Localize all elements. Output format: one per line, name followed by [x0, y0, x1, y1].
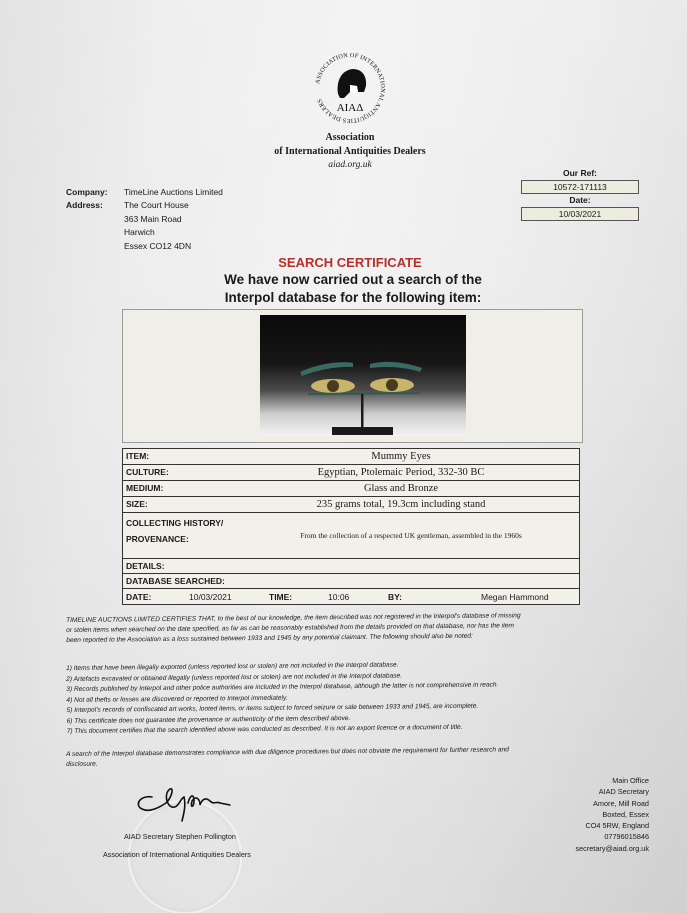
- company-value: TimeLine Auctions Limited: [124, 187, 223, 197]
- our-ref-value: 10572-171113: [521, 180, 639, 194]
- search-date-label: DATE:: [126, 592, 151, 602]
- our-ref-label: Our Ref:: [521, 168, 639, 178]
- signer-organisation: Association of International Antiquities…: [103, 850, 251, 859]
- signer-name: AIAD Secretary Stephen Pollington: [124, 832, 236, 841]
- org-name-line2: of International Antiquities Dealers: [0, 146, 687, 157]
- size-value: 235 grams total, 19.3cm including stand: [223, 499, 579, 510]
- company-label: Company:: [66, 187, 108, 197]
- database-searched-label: DATABASE SEARCHED:: [126, 576, 225, 586]
- table-row: DATE: 10/03/2021 TIME: 10:06 BY: Megan H…: [123, 589, 579, 604]
- aiad-logo-icon: ASSOCIATION OF INTERNATIONAL ANTIQUITIES…: [310, 48, 390, 128]
- certification-statement: TIMELINE AUCTIONS LIMITED CERTIFIES THAT…: [66, 610, 646, 646]
- address-line: Essex CO12 4DN: [124, 241, 191, 251]
- address-line: The Court House: [124, 200, 189, 210]
- notes-list: 1) Items that have been illegally export…: [66, 658, 647, 738]
- item-details-table: ITEM: Mummy Eyes CULTURE: Egyptian, Ptol…: [122, 448, 580, 605]
- item-value: Mummy Eyes: [223, 451, 579, 462]
- searched-by-label: BY:: [388, 592, 402, 602]
- size-label: SIZE:: [126, 499, 148, 509]
- search-time-value: 10:06: [328, 592, 349, 602]
- certificate-title: SEARCH CERTIFICATE: [0, 255, 687, 270]
- culture-value: Egyptian, Ptolemaic Period, 332-30 BC: [223, 467, 579, 478]
- medium-value: Glass and Bronze: [223, 483, 579, 494]
- table-row: ITEM: Mummy Eyes: [123, 449, 579, 465]
- mummy-eyes-image: [260, 315, 466, 436]
- certificate-subtitle-2: Interpol database for the following item…: [0, 290, 687, 305]
- office-phone: 07796015846: [489, 831, 649, 842]
- details-label: DETAILS:: [126, 561, 165, 571]
- address-label: Address:: [66, 200, 103, 210]
- table-row: DETAILS:: [123, 559, 579, 574]
- provenance-label-1: COLLECTING HISTORY/: [126, 518, 223, 528]
- date-label: Date:: [521, 195, 639, 205]
- due-diligence-statement: A search of the Interpol database demons…: [66, 744, 646, 770]
- office-line: Amore, Mill Road: [489, 798, 649, 809]
- provenance-label-2: PROVENANCE:: [126, 534, 189, 544]
- culture-label: CULTURE:: [126, 467, 169, 477]
- office-email: secretary@aiad.org.uk: [489, 843, 649, 854]
- address-line: Harwich: [124, 227, 155, 237]
- office-line: Main Office: [489, 775, 649, 786]
- office-line: Boxted, Essex: [489, 809, 649, 820]
- search-date-value: 10/03/2021: [189, 592, 232, 602]
- table-row: CULTURE: Egyptian, Ptolemaic Period, 332…: [123, 465, 579, 481]
- search-time-label: TIME:: [269, 592, 292, 602]
- office-address: Main Office AIAD Secretary Amore, Mill R…: [489, 775, 649, 854]
- office-line: AIAD Secretary: [489, 786, 649, 797]
- table-row: SIZE: 235 grams total, 19.3cm including …: [123, 497, 579, 513]
- table-row: MEDIUM: Glass and Bronze: [123, 481, 579, 497]
- table-row: DATABASE SEARCHED:: [123, 574, 579, 589]
- org-name-line1: Association: [0, 132, 687, 143]
- item-photo: [260, 315, 466, 436]
- table-row: COLLECTING HISTORY/ PROVENANCE: From the…: [123, 513, 579, 559]
- item-label: ITEM:: [126, 451, 149, 461]
- logo-initials: AIAΔ: [337, 102, 364, 114]
- signature-icon: [130, 783, 250, 828]
- item-photo-frame: [122, 309, 583, 443]
- searched-by-value: Megan Hammond: [481, 592, 549, 602]
- address-line: 363 Main Road: [124, 214, 182, 224]
- certificate-subtitle-1: We have now carried out a search of the: [0, 272, 687, 287]
- provenance-value: From the collection of a respected UK ge…: [243, 531, 579, 540]
- date-value: 10/03/2021: [521, 207, 639, 221]
- medium-label: MEDIUM:: [126, 483, 163, 493]
- office-line: CO4 5RW, England: [489, 820, 649, 831]
